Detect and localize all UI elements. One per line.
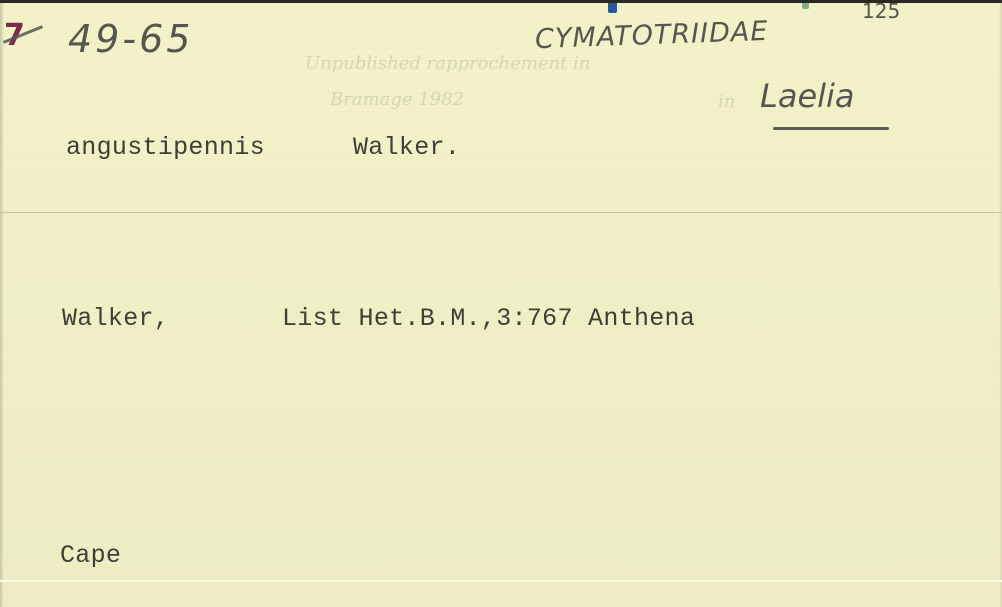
page-number: 125 (862, 3, 900, 23)
index-card: 7 49-65 CYMATOTRIIDAE 125 Unpublished ra… (0, 3, 1002, 607)
erased-note-line-3: in (718, 91, 735, 112)
family-name: CYMATOTRIIDAE (535, 16, 769, 55)
card-number: 49-65 (68, 17, 193, 61)
erased-note-line-1: Unpublished rapprochement in (305, 53, 590, 74)
card-bottom-edge (0, 580, 1002, 582)
erased-note-line-2: Bramage 1982 (330, 89, 464, 110)
genus-underline (773, 127, 889, 130)
citation-author: Walker, (62, 304, 169, 333)
blue-index-tab (608, 3, 617, 13)
card-left-edge (0, 3, 4, 607)
genus-handwritten: Laelia (760, 77, 855, 115)
species-author: Walker. (353, 133, 460, 162)
citation-reference: List Het.B.M.,3:767 Anthena (282, 304, 695, 333)
green-index-tab (802, 3, 809, 9)
locality: Cape (60, 541, 121, 570)
card-divider-line (0, 212, 1002, 213)
species-name: angustipennis (66, 133, 265, 162)
